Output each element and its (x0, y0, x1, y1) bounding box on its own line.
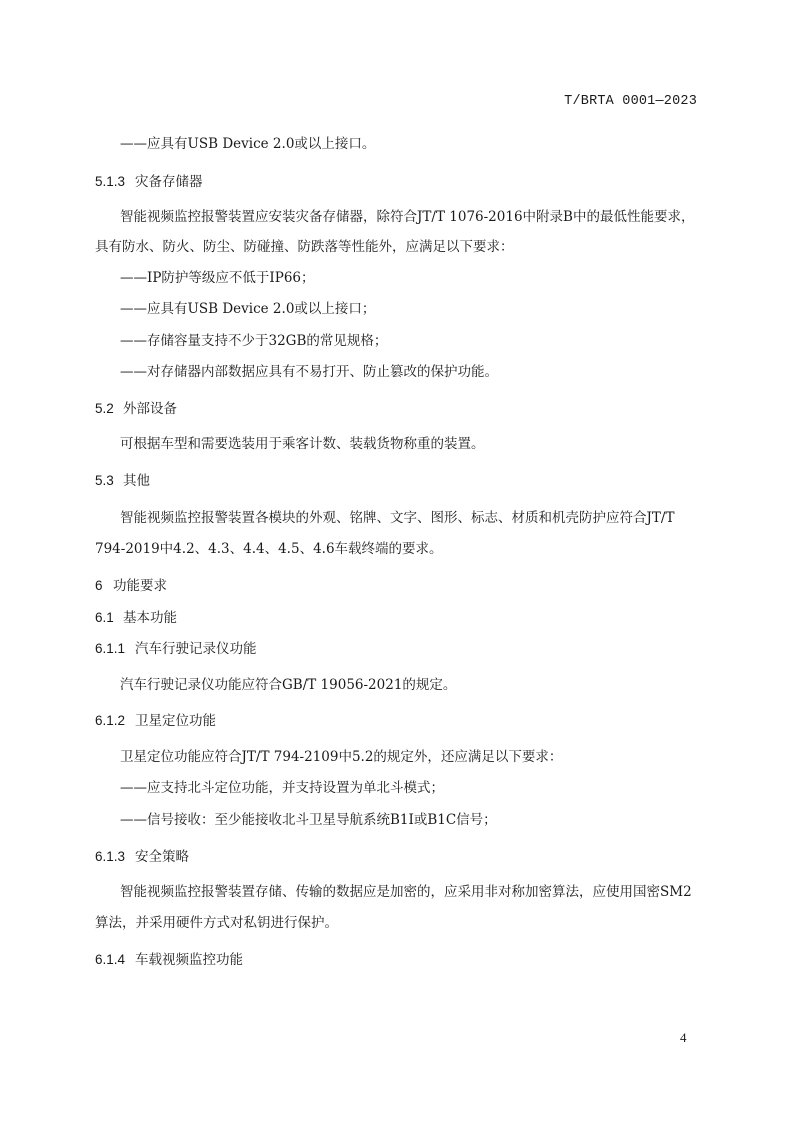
section-heading-6-1-3: 6.1.3安全策略 (95, 847, 189, 867)
section-heading-6-1-1: 6.1.1汽车行驶记录仪功能 (95, 639, 257, 659)
paragraph: 汽车行驶记录仪功能应符合GB/T 19056-2021的规定。 (120, 675, 456, 695)
paragraph-continuation: 具有防水、防火、防尘、防碰撞、防跌落等性能外，应满足以下要求： (95, 237, 514, 257)
section-heading-6-1-2: 6.1.2卫星定位功能 (95, 711, 216, 731)
section-number: 6 (95, 576, 113, 596)
section-title: 灾备存储器 (135, 174, 203, 190)
section-number: 6.1 (95, 608, 123, 628)
list-item: ——应支持北斗定位功能，并支持设置为单北斗模式； (120, 778, 444, 798)
section-title: 卫星定位功能 (135, 713, 216, 729)
section-title: 汽车行驶记录仪功能 (135, 641, 257, 657)
section-number: 5.2 (95, 399, 123, 419)
section-number: 6.1.3 (95, 847, 135, 867)
list-item: ——应具有USB Device 2.0或以上接口。 (120, 134, 375, 154)
section-number: 6.1.1 (95, 639, 135, 659)
paragraph: 智能视频监控报警装置存储、传输的数据应是加密的，应采用非对称加密算法，应使用国密… (120, 882, 692, 902)
document-code: T/BRTA 0001—2023 (564, 94, 697, 109)
paragraph: 卫星定位功能应符合JT/T 794-2109中5.2的规定外，还应满足以下要求： (120, 747, 562, 767)
section-number: 6.1.2 (95, 711, 135, 731)
page-number: 4 (680, 1030, 687, 1046)
paragraph: 智能视频监控报警装置应安装灾备存储器，除符合JT/T 1076-2016中附录B… (120, 207, 694, 227)
section-heading-5-3: 5.3其他 (95, 471, 150, 491)
section-title: 基本功能 (123, 610, 177, 626)
section-title: 其他 (123, 473, 150, 489)
section-heading-5-2: 5.2外部设备 (95, 399, 177, 419)
list-item: ——信号接收：至少能接收北斗卫星导航系统B1I或B1C信号； (120, 810, 497, 830)
section-heading-6-1: 6.1基本功能 (95, 608, 177, 628)
section-title: 外部设备 (123, 401, 177, 417)
section-title: 安全策略 (135, 849, 189, 865)
section-heading-6: 6功能要求 (95, 576, 167, 596)
section-number: 5.3 (95, 471, 123, 491)
list-item: ——IP防护等级应不低于IP66； (120, 268, 315, 288)
section-heading-5-1-3: 5.1.3灾备存储器 (95, 172, 203, 192)
section-number: 5.1.3 (95, 172, 135, 192)
list-item: ——对存储器内部数据应具有不易打开、防止篡改的保护功能。 (120, 362, 498, 382)
section-title: 车载视频监控功能 (135, 952, 243, 968)
section-title: 功能要求 (113, 578, 167, 594)
list-item: ——应具有USB Device 2.0或以上接口； (120, 299, 375, 319)
paragraph-continuation: 算法，并采用硬件方式对私钥进行保护。 (95, 913, 338, 933)
list-item: ——存储容量支持不少于32GB的常见规格； (120, 331, 387, 351)
section-heading-6-1-4: 6.1.4车载视频监控功能 (95, 950, 243, 970)
paragraph-continuation: 794-2019中4.2、4.3、4.4、4.5、4.6车载终端的要求。 (95, 539, 443, 559)
paragraph: 智能视频监控报警装置各模块的外观、铭牌、文字、图形、标志、材质和机壳防护应符合J… (120, 508, 674, 528)
section-number: 6.1.4 (95, 950, 135, 970)
paragraph: 可根据车型和需要选装用于乘客计数、装载货物称重的装置。 (120, 434, 485, 454)
